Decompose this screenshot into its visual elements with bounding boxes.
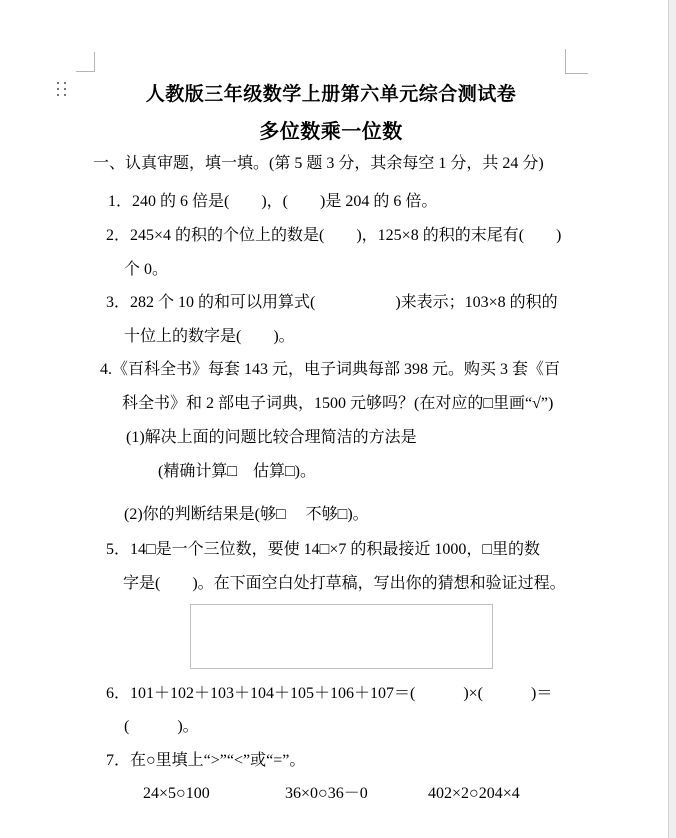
question-6-line-1: 6．101＋102＋103＋104＋105＋106＋107＝( )×( )＝ [106, 684, 552, 703]
draft-area-box[interactable] [190, 604, 493, 669]
question-4-sub-1: (1)解决上面的问题比较合理简洁的方法是 [126, 428, 417, 447]
document-page: 人教版三年级数学上册第六单元综合测试卷 多位数乘一位数 一、认真审题，填一填。(… [0, 0, 676, 838]
section-heading: 一、认真审题，填一填。(第 5 题 3 分，其余每空 1 分，共 24 分) [93, 154, 544, 173]
question-7-comparison-1: 24×5○100 [143, 784, 210, 803]
question-7-comparison-2: 36×0○36－0 [285, 784, 368, 803]
question-4-checkbox-options: (精确计算□ 估算□)。 [158, 462, 316, 481]
text-boundary-corner-right-icon [565, 49, 588, 74]
question-3-line-1: 3．282 个 10 的和可以用算式( )来表示；103×8 的积的 [106, 293, 558, 312]
question-3-line-2: 十位上的数字是( )。 [124, 327, 295, 346]
page-right-edge [668, 0, 676, 838]
question-1-line-1: 1．240 的 6 倍是( )，( )是 204 的 6 倍。 [108, 192, 437, 211]
question-5-line-1: 5．14□是一个三位数，要使 14□×7 的积最接近 1000，□里的数 [106, 540, 540, 559]
question-2-line-1: 2．245×4 的积的个位上的数是( )，125×8 的积的末尾有( ) [106, 226, 561, 245]
text-boundary-corner-left-icon [76, 52, 95, 72]
question-2-line-2: 个 0。 [124, 260, 168, 279]
question-6-line-2: ( )。 [124, 717, 199, 736]
question-7-comparison-3: 402×2○204×4 [428, 784, 520, 803]
question-4-line-2: 科全书》和 2 部电子词典，1500 元够吗？(在对应的□里画“√”) [122, 394, 553, 413]
document-title: 人教版三年级数学上册第六单元综合测试卷 [0, 79, 662, 106]
question-5-line-2: 字是( )。在下面空白处打草稿，写出你的猜想和验证过程。 [123, 574, 566, 593]
document-subtitle: 多位数乘一位数 [0, 115, 662, 144]
question-7-line-1: 7．在○里填上“>”“<”或“=”。 [106, 751, 305, 770]
question-4-sub-2: (2)你的判断结果是(够□ 不够□)。 [124, 505, 369, 524]
question-4-line-1: 4.《百科全书》每套 143 元，电子词典每部 398 元。购买 3 套《百 [100, 360, 560, 379]
